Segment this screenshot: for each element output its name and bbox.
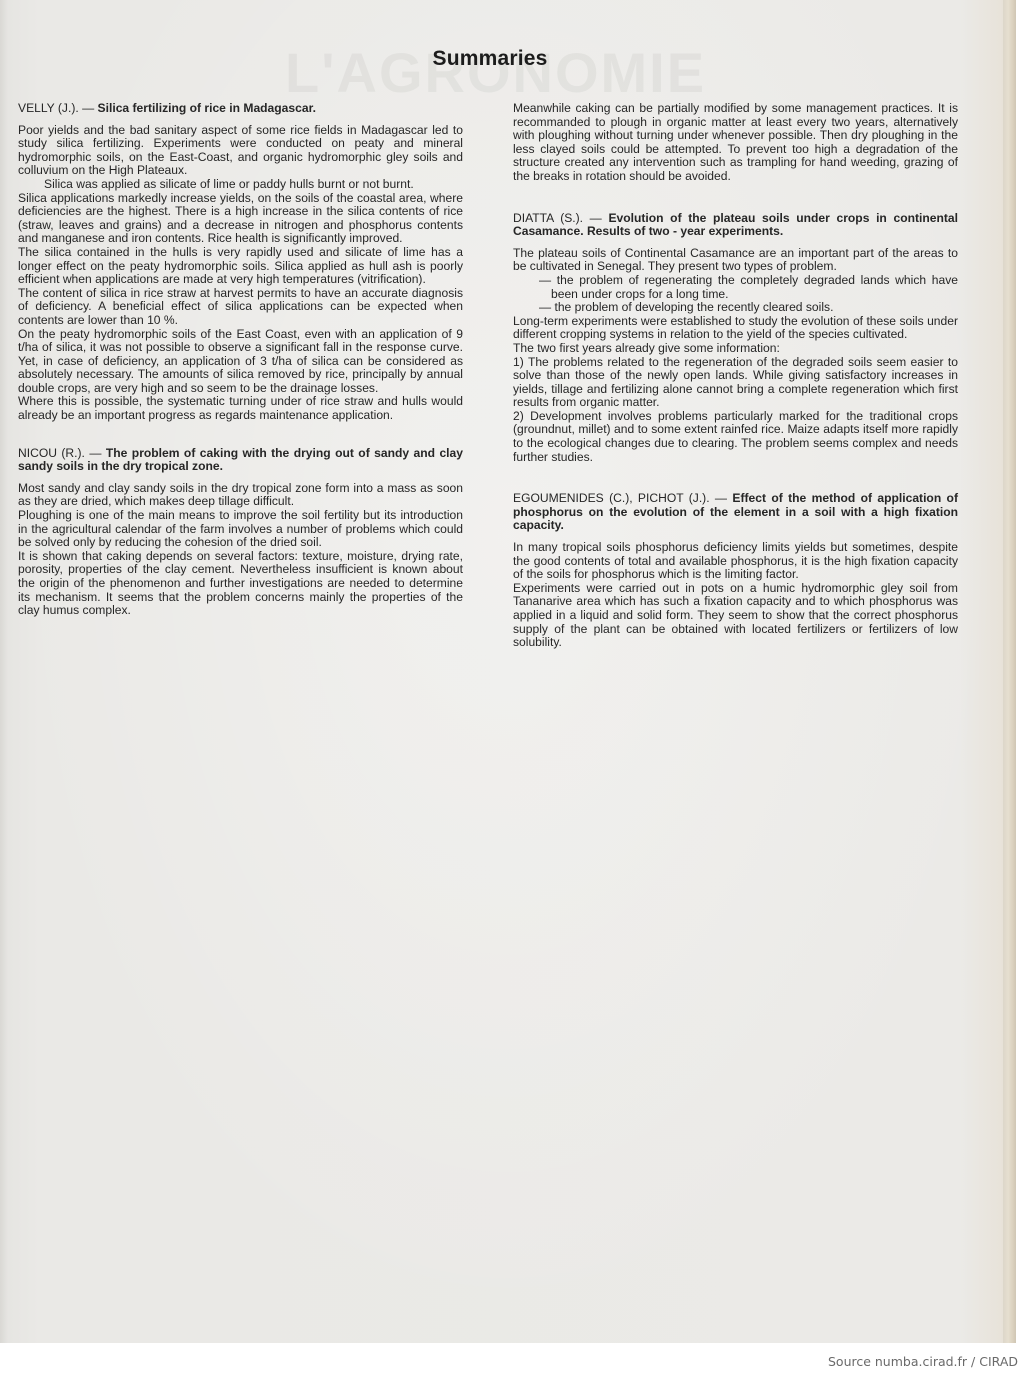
paragraph: Meanwhile caking can be partially modifi… [513, 102, 958, 184]
paragraph: — the problem of regenerating the comple… [513, 274, 958, 301]
article-body: The plateau soils of Continental Casaman… [513, 247, 958, 465]
source-credit: Source numba.cirad.fr / CIRAD [828, 1354, 1018, 1369]
paragraph: Where this is possible, the systematic t… [18, 395, 463, 422]
article-heading: DIATTA (S.). — Evolution of the plateau … [513, 212, 958, 239]
paragraph: 1) The problems related to the regenerat… [513, 356, 958, 410]
article-diatta: DIATTA (S.). — Evolution of the plateau … [513, 212, 958, 465]
article-body: Most sandy and clay sandy soils in the d… [18, 482, 463, 618]
paragraph: In many tropical soils phosphorus defici… [513, 541, 958, 582]
paragraph: It is shown that caking depends on sever… [18, 550, 463, 618]
page-edge [1003, 0, 1016, 1343]
paragraph: On the peaty hydromorphic soils of the E… [18, 328, 463, 396]
article-body: In many tropical soils phosphorus defici… [513, 541, 958, 650]
paragraph: Ploughing is one of the main means to im… [18, 509, 463, 550]
article-nicou-continued: Meanwhile caking can be partially modifi… [513, 102, 958, 184]
paragraph: Experiments were carried out in pots on … [513, 582, 958, 650]
article-heading: NICOU (R.). — The problem of caking with… [18, 447, 463, 474]
paragraph: Most sandy and clay sandy soils in the d… [18, 482, 463, 509]
paragraph: The silica contained in the hulls is ver… [18, 246, 463, 287]
article-author: NICOU (R.). — [18, 446, 101, 460]
article-author: VELLY (J.). — [18, 101, 94, 115]
paragraph: The two first years already give some in… [513, 342, 958, 356]
article-nicou: NICOU (R.). — The problem of caking with… [18, 447, 463, 618]
article-author: EGOUMENIDES (C.), PICHOT (J.). — [513, 491, 727, 505]
article-title: Silica fertilizing of rice in Madagascar… [98, 101, 316, 115]
page-title: Summaries [0, 47, 980, 71]
article-body: Poor yields and the bad sanitary aspect … [18, 124, 463, 423]
article-egoumenides-pichot: EGOUMENIDES (C.), PICHOT (J.). — Effect … [513, 492, 958, 650]
left-column: VELLY (J.). — Silica fertilizing of rice… [18, 102, 463, 642]
paragraph: Silica was applied as silicate of lime o… [18, 178, 463, 192]
article-heading: VELLY (J.). — Silica fertilizing of rice… [18, 102, 463, 116]
article-heading: EGOUMENIDES (C.), PICHOT (J.). — Effect … [513, 492, 958, 533]
article-velly: VELLY (J.). — Silica fertilizing of rice… [18, 102, 463, 423]
right-column: Meanwhile caking can be partially modifi… [513, 102, 958, 674]
scanned-page: L'AGRONOMIE Summaries VELLY (J.). — Sili… [0, 0, 1016, 1343]
paragraph: Long-term experiments were established t… [513, 315, 958, 342]
paragraph: 2) Development involves problems particu… [513, 410, 958, 464]
article-author: DIATTA (S.). — [513, 211, 602, 225]
paragraph: The plateau soils of Continental Casaman… [513, 247, 958, 274]
paragraph: Poor yields and the bad sanitary aspect … [18, 124, 463, 178]
paragraph: The content of silica in rice straw at h… [18, 287, 463, 328]
paragraph: Silica applications markedly increase yi… [18, 192, 463, 246]
paragraph: — the problem of developing the recently… [513, 301, 958, 315]
